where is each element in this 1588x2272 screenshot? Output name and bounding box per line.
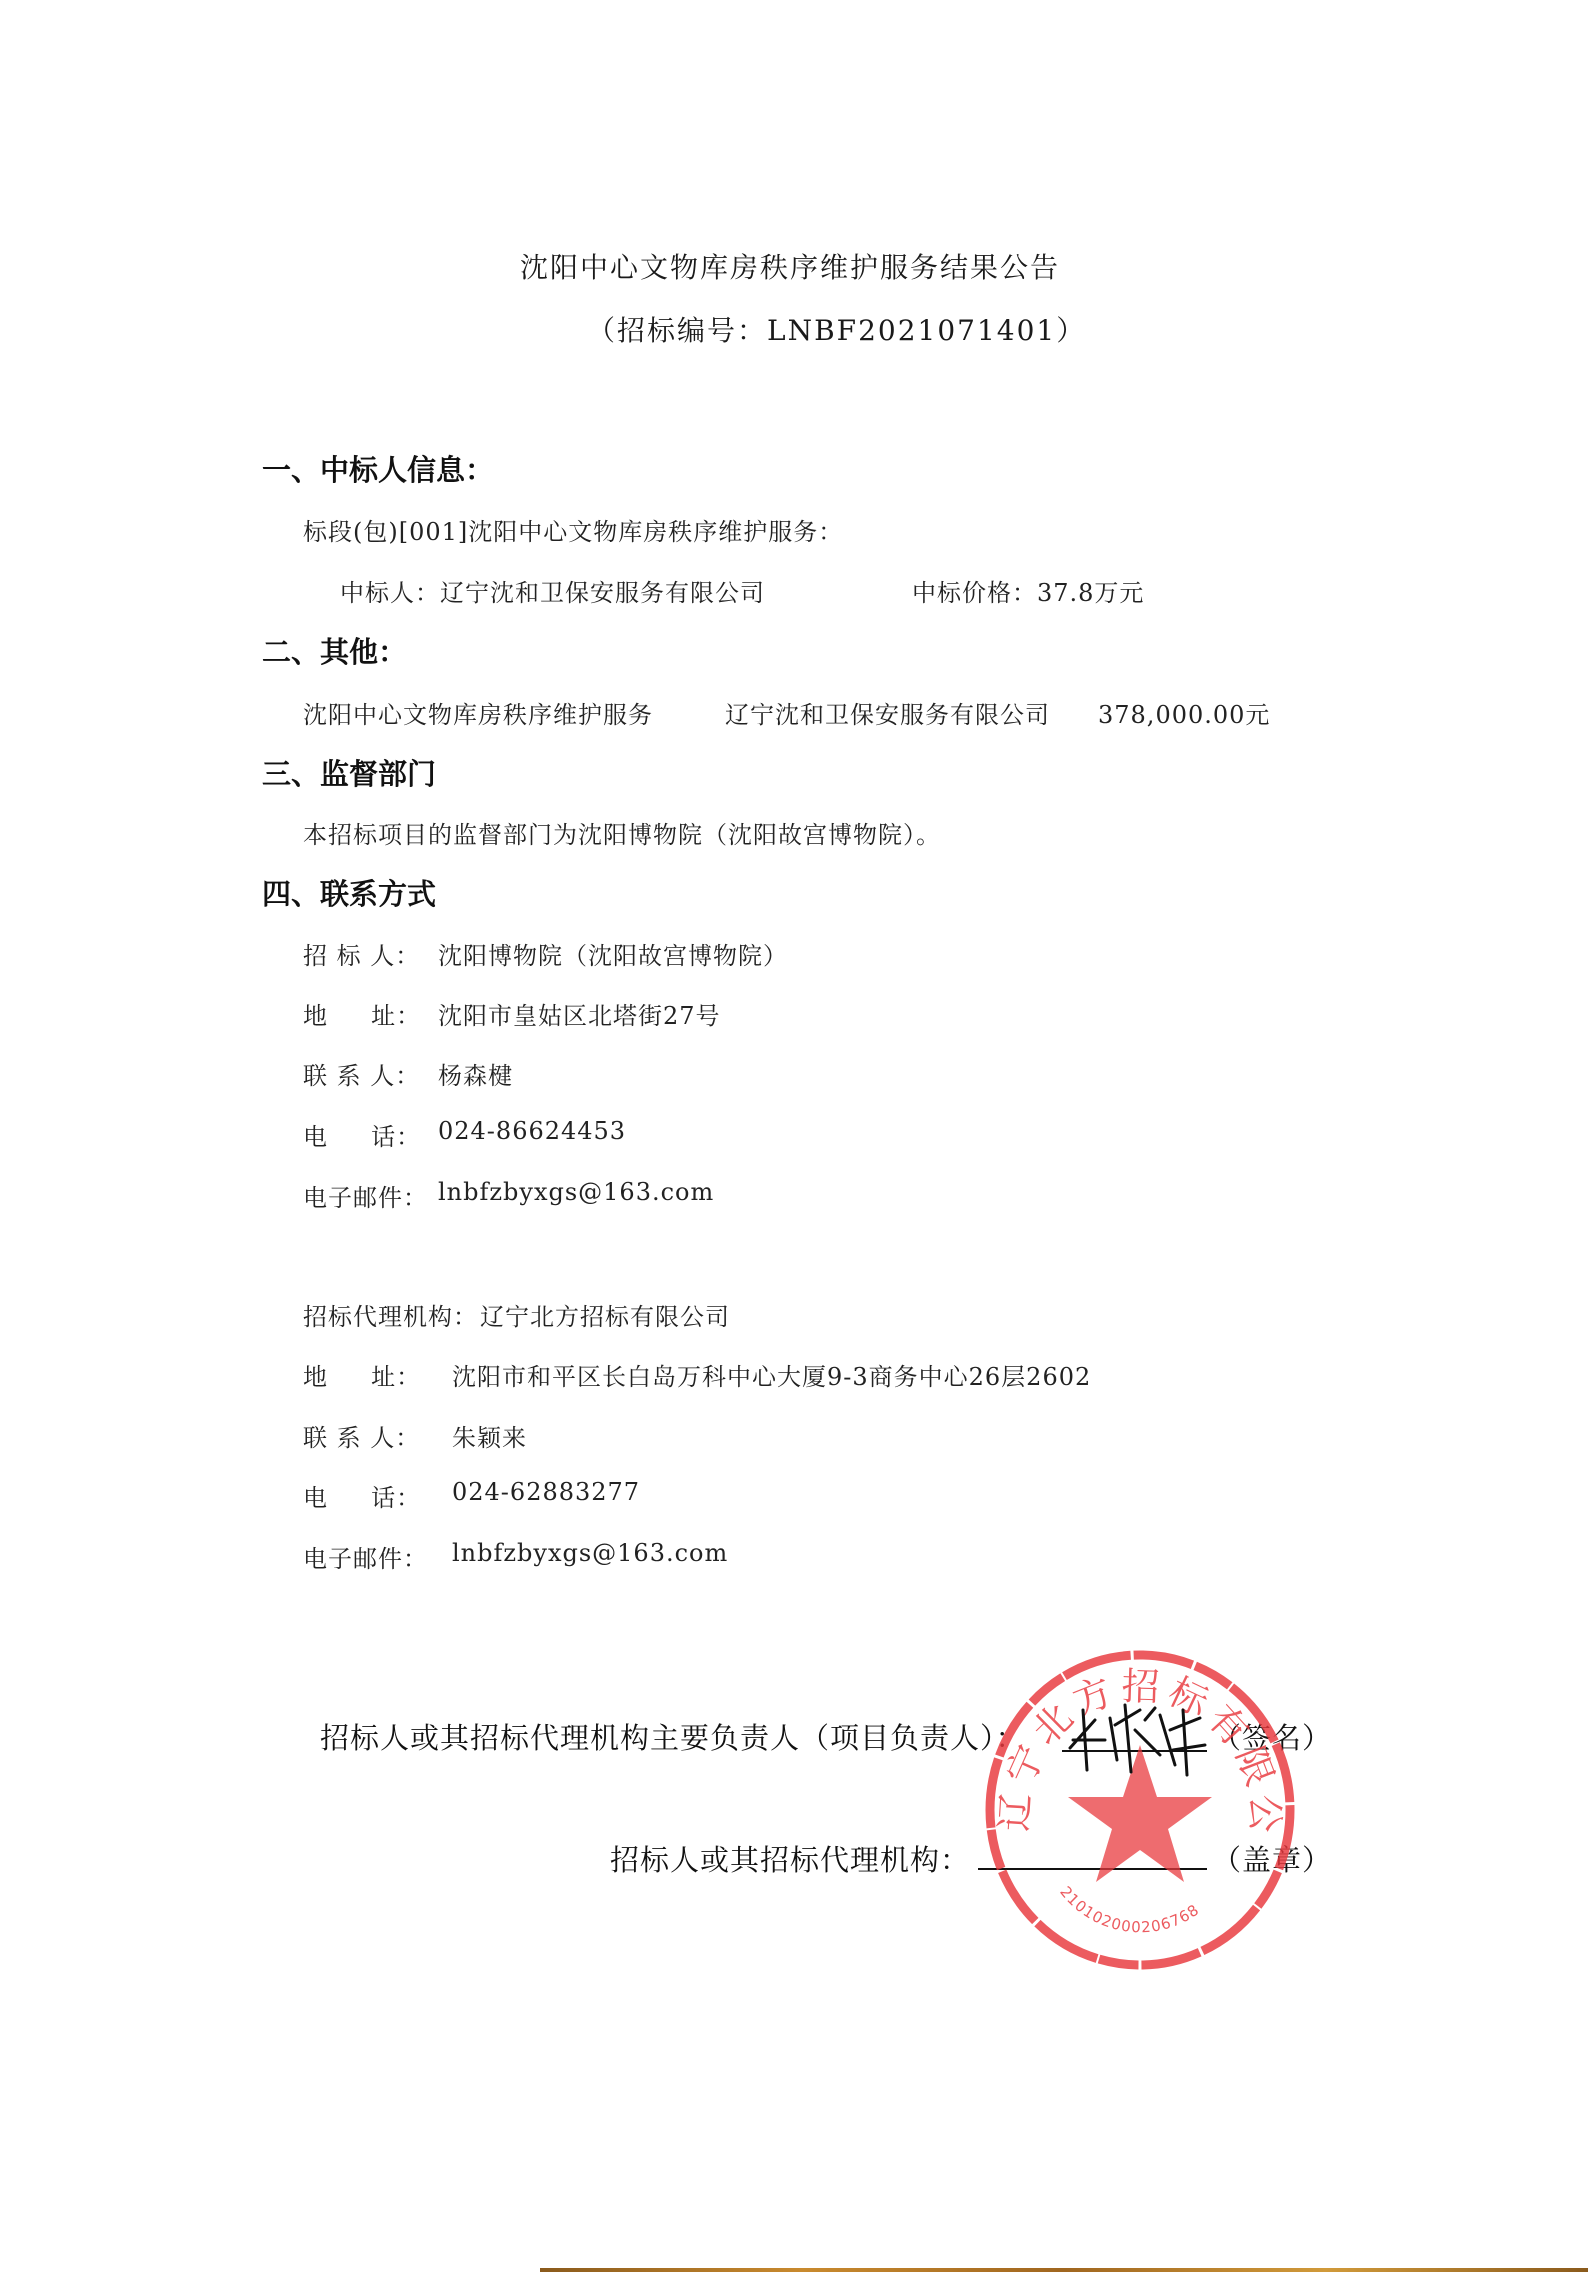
tenderer-email-label: 电子邮件： <box>303 1178 428 1213</box>
agency-contact-person: 朱颖来 <box>452 1418 527 1453</box>
agency-phone[interactable]: 024-62883277 <box>452 1478 640 1506</box>
tenderer-phone-label: 电 话： <box>303 1117 421 1152</box>
tenderer-value: 沈阳博物院（沈阳故宫博物院） <box>438 936 788 971</box>
other-amount: 378,000.00元 <box>1098 695 1270 730</box>
seal-underline <box>978 1868 1207 1870</box>
tenderer-email[interactable]: lnbfzbyxgs@163.com <box>438 1178 714 1206</box>
tenderer-label: 招 标 人： <box>303 936 420 971</box>
company-seal-icon: 辽宁北方招标有限公司 210102000206768 <box>985 1650 1295 1970</box>
scan-edge <box>540 2268 1588 2272</box>
agency-label: 招标代理机构： <box>303 1297 478 1332</box>
section-heading-winner: 一、中标人信息： <box>262 448 494 489</box>
section-heading-supervision: 三、监督部门 <box>262 752 436 793</box>
seal-suffix: （盖章） <box>1212 1838 1332 1879</box>
agency-name: 辽宁北方招标有限公司 <box>480 1297 730 1332</box>
agency-address-label: 地 址： <box>303 1357 421 1392</box>
agency-contact-label: 联 系 人： <box>303 1418 420 1453</box>
signature-line-label: 招标人或其招标代理机构主要负责人（项目负责人）： <box>320 1716 1026 1757</box>
seal-number: 210102000206768 <box>1056 1883 1202 1937</box>
agency-phone-label: 电 话： <box>303 1478 421 1513</box>
other-project: 沈阳中心文物库房秩序维护服务 <box>303 695 653 730</box>
lot-line: 标段(包)[001]沈阳中心文物库房秩序维护服务： <box>303 512 843 547</box>
section-heading-other: 二、其他： <box>262 630 407 671</box>
winner-name: 中标人：辽宁沈和卫保安服务有限公司 <box>340 573 765 608</box>
tenderer-contact-label: 联 系 人： <box>303 1056 420 1091</box>
agency-email-label: 电子邮件： <box>303 1539 428 1574</box>
tenderer-contact-person: 杨森楗 <box>438 1056 513 1091</box>
tenderer-address: 沈阳市皇姑区北塔街27号 <box>438 996 721 1031</box>
signature-suffix: （签名） <box>1212 1716 1332 1757</box>
agency-address: 沈阳市和平区长白岛万科中心大厦9-3商务中心26层2602 <box>452 1357 1091 1392</box>
svg-text:210102000206768: 210102000206768 <box>1056 1883 1202 1937</box>
winner-price: 中标价格：37.8万元 <box>912 573 1144 608</box>
tender-number: （招标编号：LNBF2021071401） <box>587 309 1086 349</box>
other-company: 辽宁沈和卫保安服务有限公司 <box>725 695 1050 730</box>
supervision-text: 本招标项目的监督部门为沈阳博物院（沈阳故宫博物院）。 <box>303 815 941 850</box>
tenderer-phone[interactable]: 024-86624453 <box>438 1117 626 1145</box>
seal-line-label: 招标人或其招标代理机构： <box>610 1838 970 1879</box>
document-title: 沈阳中心文物库房秩序维护服务结果公告 <box>520 246 1060 286</box>
handwritten-signature-icon <box>1065 1700 1215 1780</box>
section-heading-contact: 四、联系方式 <box>262 872 436 913</box>
agency-email[interactable]: lnbfzbyxgs@163.com <box>452 1539 728 1567</box>
tenderer-address-label: 地 址： <box>303 996 421 1031</box>
